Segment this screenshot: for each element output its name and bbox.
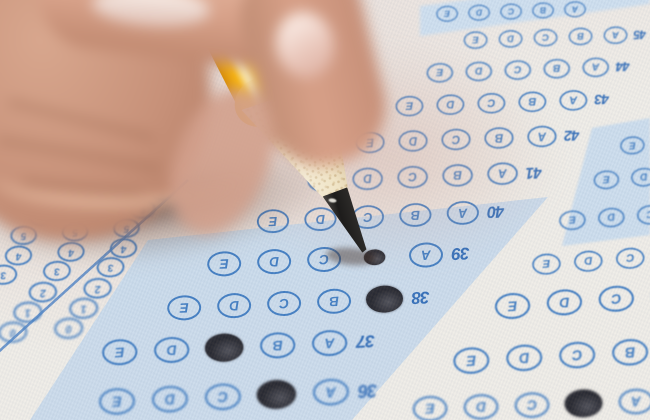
choice-bubble-E: E (620, 136, 646, 156)
choice-bubble-A: A (603, 26, 627, 44)
partial-question-row: ABCDE (477, 277, 650, 321)
question-number: 38 (406, 288, 437, 306)
choice-bubble-B: B (317, 288, 352, 314)
choice-bubble-C: C (267, 290, 302, 316)
question-number: 37 (350, 332, 382, 351)
choice-bubble-D: D (546, 288, 583, 316)
choice-bubble-E: E (558, 210, 586, 231)
choice-bubble-D: D (153, 336, 189, 364)
partial-question-row: ABCDE (608, 126, 650, 157)
choice-bubble-C: C (533, 28, 557, 46)
digit-bubble-5: 5 (112, 218, 140, 239)
choice-bubble-E: E (426, 63, 453, 83)
question-number: 39 (446, 244, 477, 262)
digit-bubble-3: 3 (42, 260, 71, 282)
choice-bubble-C: C (500, 3, 522, 20)
choice-bubble-C: C (504, 60, 531, 80)
choice-bubble-A: A (564, 1, 586, 18)
choice-bubble-E: E (102, 338, 138, 366)
digit-bubble-5: 5 (61, 221, 89, 242)
choice-bubble-D: D (398, 130, 428, 153)
partial-question-row: ABCDE (546, 199, 650, 232)
question-row-43: 43ABCDE (382, 89, 615, 118)
choice-bubble-C: C (397, 165, 428, 189)
question-number: 41 (520, 164, 548, 180)
choice-bubble-D: D (573, 250, 603, 273)
choice-bubble-A: A (618, 388, 650, 415)
partial-question-row: ACDE (396, 387, 650, 420)
choice-bubble-A: A (487, 162, 518, 186)
choice-bubble-A: A (446, 200, 479, 225)
partial-question-row: ABCDE (518, 241, 650, 277)
choice-bubble-B: B (259, 332, 295, 360)
choice-bubble-B: B (568, 27, 592, 45)
choice-bubble-C: C (514, 392, 550, 419)
choice-bubble-E: E (463, 31, 487, 49)
choice-bubble-E: E (167, 295, 202, 321)
choice-bubble-B: B (611, 338, 648, 366)
choice-bubble-E: E (436, 5, 458, 22)
filled-choice-bubble-C (204, 333, 244, 363)
question-row-42: 42ABCDE (341, 124, 585, 154)
choice-bubble-D: D (463, 394, 499, 420)
choice-bubble-D: D (217, 292, 252, 318)
partial-question-row: ABCDE (581, 159, 650, 191)
choice-bubble-D: D (498, 30, 522, 48)
digit-bubble-2: 2 (83, 277, 113, 300)
choice-bubble-C: C (615, 247, 645, 270)
question-row-45: 45ABCDE (452, 25, 650, 49)
choice-bubble-E: E (207, 251, 242, 277)
choice-bubble-D: D (436, 94, 465, 115)
question-number: 36 (352, 381, 385, 400)
question-row-36: 36ACDE (81, 375, 384, 417)
digit-bubble-0: 0 (53, 317, 83, 340)
filled-choice-bubble-B (256, 379, 296, 409)
choice-bubble-D: D (465, 61, 492, 81)
question-number: 42 (559, 128, 585, 144)
digit-bubble-0: 0 (0, 321, 28, 344)
choice-bubble-C: C (477, 93, 506, 114)
choice-bubble-B: B (518, 91, 547, 112)
digit-bubble-3: 3 (96, 256, 125, 278)
choice-bubble-B: B (543, 58, 570, 78)
choice-bubble-D: D (151, 385, 188, 413)
digit-bubble-3: 3 (0, 264, 18, 286)
choice-bubble-D: D (597, 207, 625, 228)
choice-bubble-B: B (532, 2, 554, 19)
choice-bubble-A: A (408, 242, 443, 268)
choice-bubble-E: E (395, 95, 424, 116)
choice-bubble-E: E (593, 170, 620, 190)
choice-bubble-C: C (441, 128, 471, 151)
question-row-44: 44ABCDE (414, 56, 635, 83)
choice-bubble-B: B (442, 164, 473, 188)
partial-question-row: ABCDE (436, 335, 650, 375)
choice-bubble-A: A (312, 378, 349, 406)
question-number: 44 (611, 59, 635, 73)
photo-scantron-scene: 36ACDE37ABDE38BCDE39ACDE40ABCDE41ABCDE42… (0, 0, 650, 420)
choice-bubble-E: E (453, 346, 490, 374)
digit-bubble-5: 5 (10, 225, 38, 246)
partial-question-row: ABCDE (426, 1, 586, 23)
choice-bubble-A: A (582, 57, 609, 77)
choice-bubble-C: C (204, 383, 241, 411)
choice-bubble-A: A (559, 90, 588, 111)
choice-bubble-C: C (598, 285, 635, 313)
question-number: 43 (589, 92, 614, 107)
choice-bubble-D: D (506, 344, 543, 372)
question-number: 40 (481, 203, 510, 220)
choice-bubble-A: A (311, 329, 347, 357)
digit-bubble-1: 1 (68, 297, 98, 320)
choice-bubble-C: C (558, 341, 595, 369)
choice-bubble-D: D (468, 4, 490, 21)
question-row-38: 38BCDE (151, 283, 437, 322)
filled-choice-bubble-A (365, 285, 403, 314)
choice-bubble-E: E (531, 253, 561, 276)
digit-grid-row-0: 00 (0, 317, 84, 346)
filled-choice-bubble-B (564, 389, 603, 418)
choice-bubble-C: C (636, 204, 650, 225)
choice-bubble-D: D (257, 248, 292, 274)
question-number: 45 (629, 28, 650, 41)
choice-bubble-A: A (527, 125, 557, 148)
question-row-37: 37ABDE (85, 327, 382, 368)
choice-bubble-E: E (412, 395, 448, 420)
choice-bubble-E: E (98, 387, 135, 415)
choice-bubble-E: E (256, 209, 289, 234)
choice-bubble-E: E (494, 292, 531, 320)
choice-bubble-D: D (630, 167, 650, 187)
digit-bubble-6: 6 (129, 199, 156, 220)
choice-bubble-B: B (484, 127, 514, 150)
